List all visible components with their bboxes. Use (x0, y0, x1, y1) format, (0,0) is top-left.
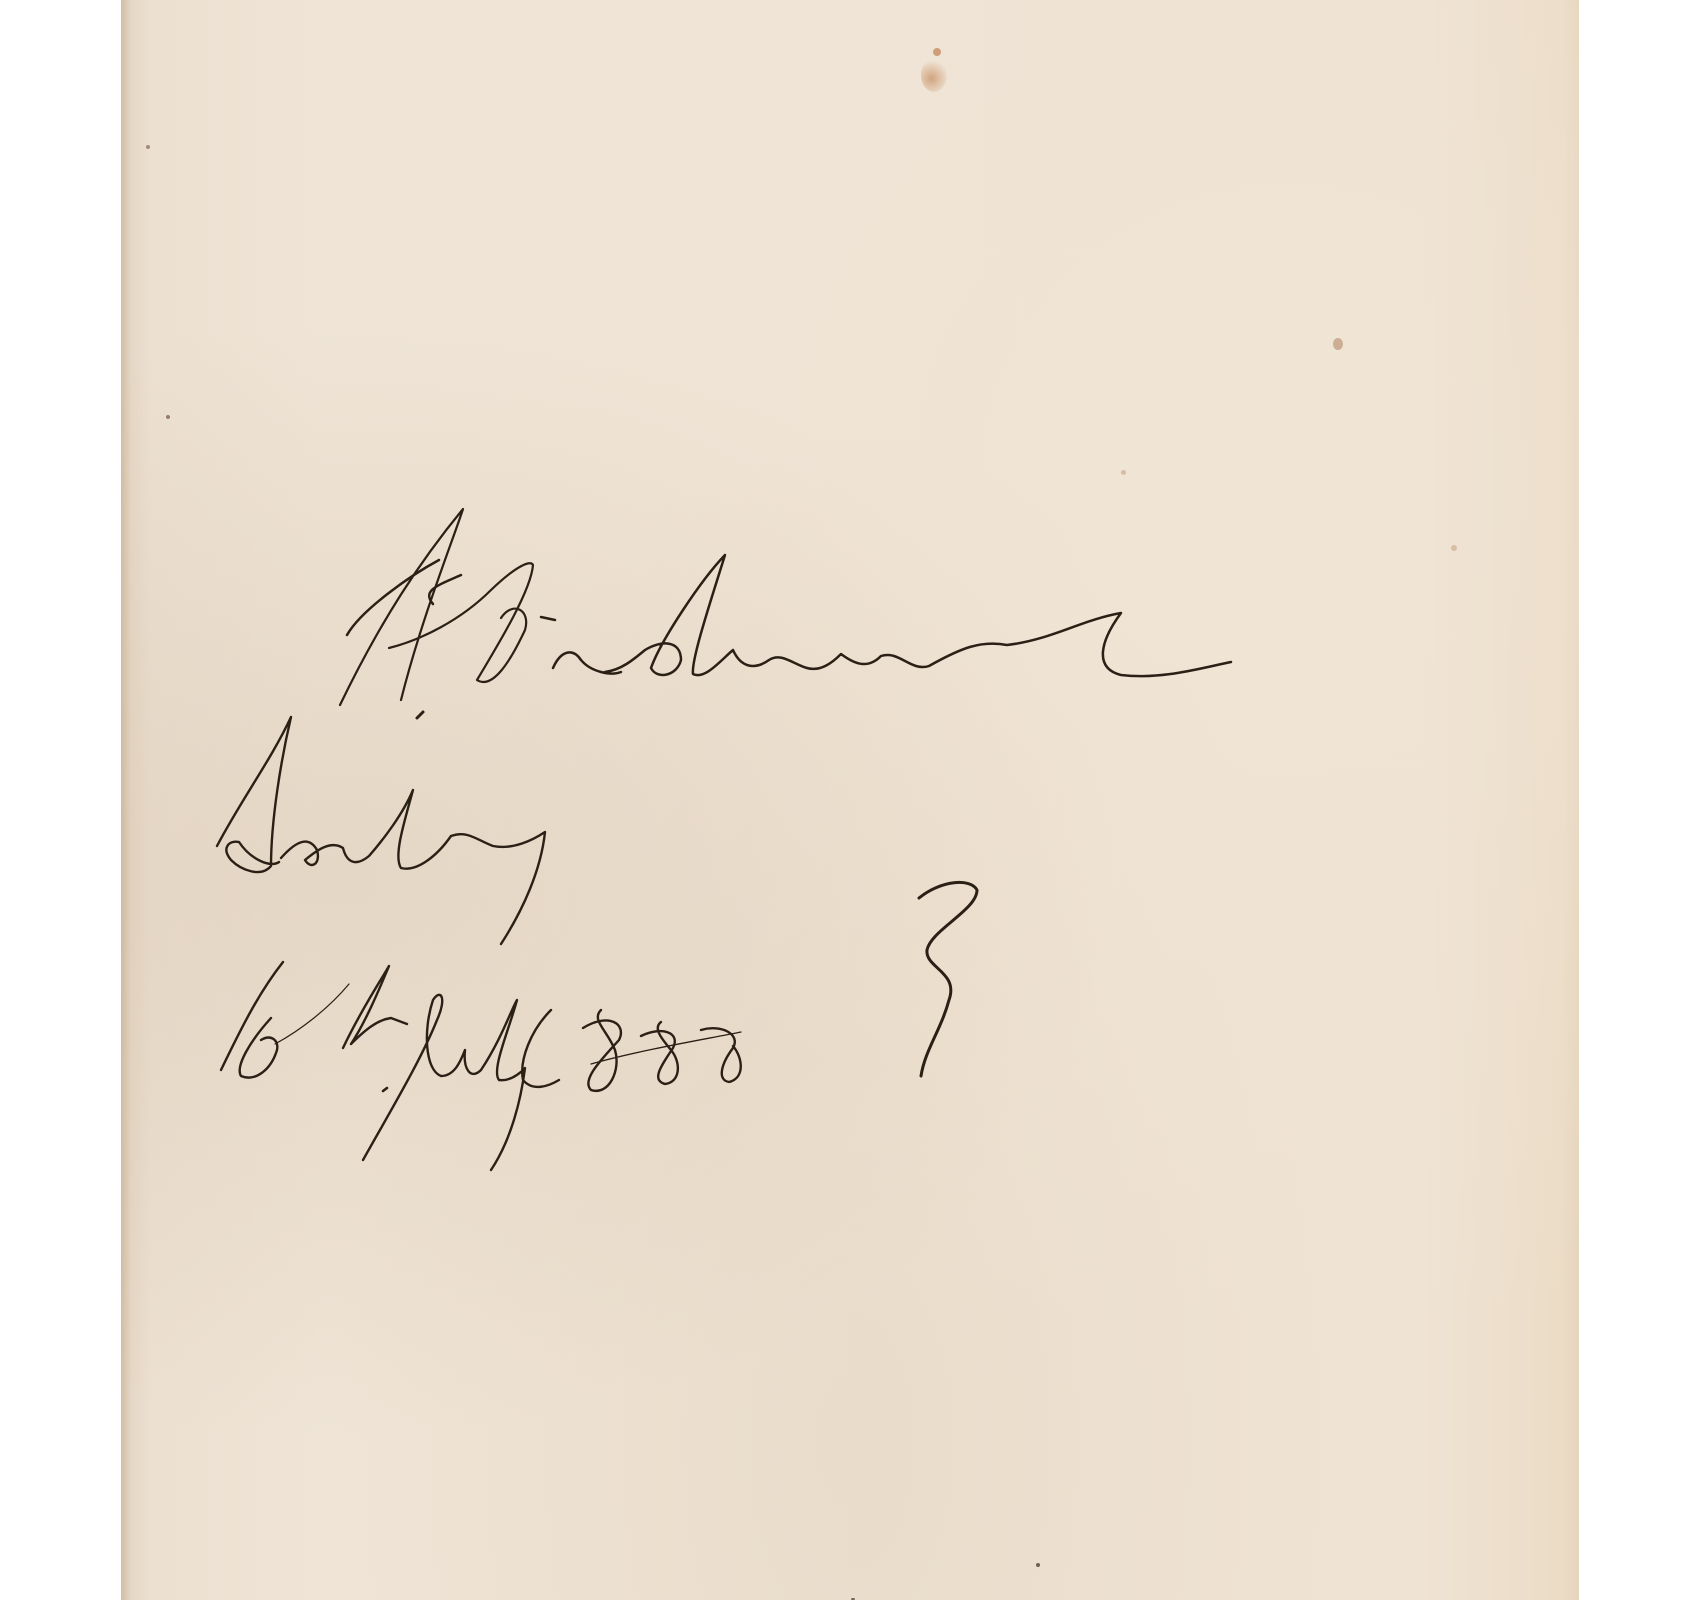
place-strokes (217, 717, 545, 944)
brace-stroke (919, 882, 977, 1076)
date-strokes (221, 962, 741, 1170)
signature-strokes (340, 509, 1231, 718)
paper-page: H. Birdwood Bombay 16th July 1888 (121, 0, 1579, 1600)
handwriting-ink (121, 0, 1579, 1600)
